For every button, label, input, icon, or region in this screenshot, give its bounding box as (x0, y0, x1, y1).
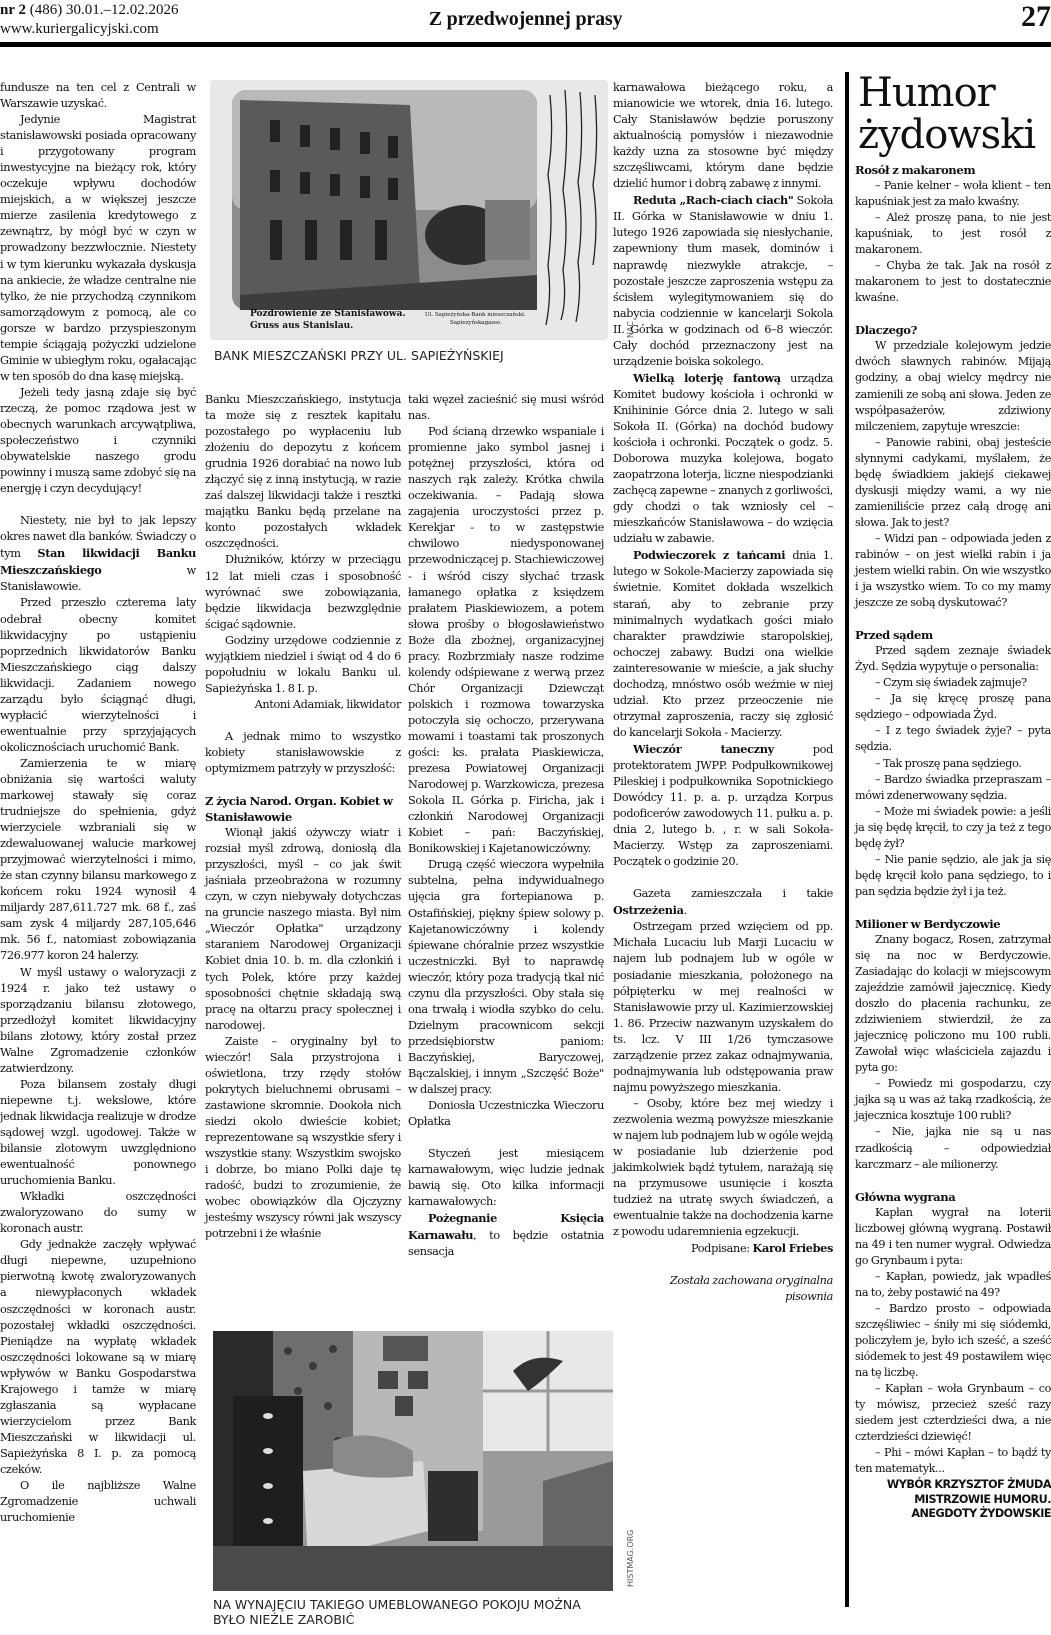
bold-phrase: Reduta „Rach-ciach ciach" (633, 193, 793, 207)
header-rule (0, 42, 1051, 47)
svg-text:Ul. Sapieżyńska-Bank mieszczań: Ul. Sapieżyńska-Bank mieszczański. (425, 311, 526, 318)
joke-line: – Tak proszę pana sędziego. (855, 756, 1051, 772)
furnished-room-photo (213, 1331, 613, 1591)
paragraph: Gdy jednakże zaczęły wpływać długi niepe… (0, 1237, 196, 1478)
joke-line: – Kapłan, powiedz, jak wpadłeś na to, że… (855, 1269, 1051, 1301)
postcard-image-icon: Pozdrowienie ze Stanisławowa. Gruss aus … (210, 80, 608, 340)
joke-line: – Phi – mówi Kapłan – to bądź ty ten mat… (855, 1445, 1051, 1477)
paragraph: Poza bilansem zostały długi niepewne t.j… (0, 1077, 196, 1189)
room-image-icon (213, 1331, 613, 1591)
paragraph: karnawałowa bieżącego roku, a mianowicie… (613, 80, 833, 192)
joke-line: – I z tego świadek żyje? – pyta sędzia. (855, 723, 1051, 755)
paragraph: Styczeń jest miesiącem karnawałowym, wię… (408, 1146, 604, 1210)
paragraph: Doniosła Uczestniczka Wieczoru Opłatka (408, 1098, 604, 1130)
joke-title: Dlaczego? (855, 322, 1051, 338)
photo-credit: HISTMAG.ORG (626, 1530, 635, 1587)
column-4-article: karnawałowa bieżącego roku, a mianowicie… (613, 80, 833, 1305)
joke-line: Kapłan wygrał na loterii liczbowej główn… (855, 1205, 1051, 1269)
paragraph: Banku Mieszczańskiego, instytucja ta moż… (205, 392, 401, 552)
joke-line: Przed sądem zeznaje świadek Żyd. Sędzia … (855, 643, 1051, 675)
bank-postcard-photo: Pozdrowienie ze Stanisławowa. Gruss aus … (210, 80, 608, 340)
column-3-article: taki węzeł zacieśnić się musi wśród nas.… (408, 392, 604, 1260)
humor-source-credit: WYBÓR KRZYSZTOF ŻMUDA MISTRZOWIE HUMORU.… (855, 1478, 1051, 1522)
joke-title: Milioner w Berdyczowie (855, 916, 1051, 932)
joke-line: – Ależ proszę pana, to nie jest kapuśnia… (855, 210, 1051, 258)
paragraph: Reduta „Rach-ciach ciach" Sokoła II. Gór… (613, 192, 833, 370)
paragraph: Niestety, nie był to jak lepszy okres na… (0, 513, 196, 595)
bold-phrase: Wielką loterję fantową (633, 371, 781, 385)
joke-line: – Bardzo prosto – odpowiada szczęśliwiec… (855, 1301, 1051, 1381)
paragraph: Gazeta zamieszczała i takie Ostrzeżenia. (613, 886, 833, 919)
humor-jokes: Rosół z makaronem – Panie kelner – woła … (855, 162, 1051, 1522)
joke-line: – Ja się kręcę proszę pana sędziego – od… (855, 691, 1051, 723)
paragraph: taki węzeł zacieśnić się musi wśród nas. (408, 392, 604, 424)
joke-title: Przed sądem (855, 627, 1051, 643)
photo-caption: NA WYNAJĘCIU TAKIEGO UMEBLOWANEGO POKOJU… (213, 1597, 613, 1627)
paragraph: Godziny urzędowe codziennie z wyjątkiem … (205, 633, 401, 697)
paragraph: Jeżeli tedy jasną zdaje się być rzeczą, … (0, 385, 196, 497)
joke-line: – Czym się świadek zajmuje? (855, 675, 1051, 691)
bold-phrase: Ostrzeżenia (613, 903, 684, 917)
bold-phrase: Wieczór taneczny (633, 742, 774, 756)
spelling-note: Została zachowana oryginalna pisownia (613, 1273, 833, 1305)
section-title: Z przedwojennej prasy (0, 8, 1051, 31)
paragraph: Wieczór taneczny pod protektoratem JWPP.… (613, 741, 833, 870)
paragraph: W myśl ustawy o waloryzacji z 1924 r. ja… (0, 965, 196, 1077)
paragraph: Dłużników, którzy w przeciągu 12 lat mie… (205, 552, 401, 632)
paragraph: Przed przeszło czterema laty odebrał obe… (0, 595, 196, 755)
column-divider (845, 72, 849, 1607)
page-header: nr 2 (486) 30.01.–12.02.2026 www.kurierg… (0, 0, 1051, 50)
paragraph: Pożegnanie Księcia Karnawału, to będzie … (408, 1210, 604, 1260)
svg-text:Gruss aus Stanislau.: Gruss aus Stanislau. (250, 321, 353, 331)
joke-line: – Bardzo świadka przepraszam – mówi zden… (855, 772, 1051, 804)
joke-line: – Nie panie sędzio, ale jak ja się będę … (855, 852, 1051, 900)
joke-line: – Widzi pan – odpowiada jeden z rabinów … (855, 531, 1051, 611)
signature-likwidator: Antoni Adamiak, likwidator (205, 697, 401, 713)
paragraph: Wielką loterję fantową urządza Komitet b… (613, 370, 833, 548)
joke-title: Rosół z makaronem (855, 162, 1051, 178)
svg-text:Sapiezyńskagasse.: Sapiezyńskagasse. (450, 319, 502, 326)
paragraph: fundusze na ten cel z Centrali w Warszaw… (0, 80, 196, 112)
paragraph: Jedynie Magistrat stanisławowski posiada… (0, 112, 196, 385)
joke-line: – Chyba że tak. Jak na rosół z makaronem… (855, 258, 1051, 306)
joke-line: – Powiedz mi gospodarzu, czy jajka są u … (855, 1076, 1051, 1124)
humor-section-title: Humor żydowski (858, 72, 1035, 156)
paragraph: Pod ścianą drzewko wspaniale i promienne… (408, 424, 604, 857)
column-2-article: Banku Mieszczańskiego, instytucja ta moż… (205, 392, 401, 1242)
joke-line: – Panowie rabini, obaj jesteście słynnym… (855, 435, 1051, 531)
joke-line: – Kapłan – woła Grynbaum – co ty mówisz,… (855, 1381, 1051, 1445)
column-1-article: fundusze na ten cel z Centrali w Warszaw… (0, 80, 196, 1526)
paragraph: Zamierzenia te w miarę obniżania się war… (0, 756, 196, 965)
signature-friebes: Podpisane: Karol Friebes (613, 1240, 833, 1257)
paragraph: Wkładki oszczędności zwaloryzowano do su… (0, 1189, 196, 1237)
paragraph: Wionął jakiś ożywczy wiatr i rozsiał myś… (205, 825, 401, 1034)
subheading: Z życia Narod. Organ. Kobiet w Stanisław… (205, 793, 401, 825)
bold-phrase: Podwieczorek z tańcami (633, 548, 785, 562)
paragraph: A jednak mimo to wszystko kobiety stanis… (205, 729, 401, 777)
paragraph: O ile najbliższe Walne Zgromadzenie uchw… (0, 1478, 196, 1526)
joke-title: Główna wygrana (855, 1189, 1051, 1205)
paragraph: Ostrzegam przed wzięciem od pp. Michała … (613, 919, 833, 1096)
svg-text:Pozdrowienie ze Stanisławowa.: Pozdrowienie ze Stanisławowa. (250, 309, 406, 319)
page-number: 27 (1021, 0, 1051, 34)
joke-line: W przedziale kolejowym jedzie dwóch sław… (855, 338, 1051, 434)
joke-line: – Może mi świadek powie: a jeśli ja się … (855, 804, 1051, 852)
paragraph: Zaiste – oryginalny był to wieczór! Sala… (205, 1034, 401, 1243)
paragraph: Drugą część wieczora wypełniła subtelna,… (408, 857, 604, 1098)
paragraph: – Osoby, które bez mej wiedzy i zezwolen… (613, 1096, 833, 1240)
paragraph: Podwieczorek z tańcami dnia 1. lutego w … (613, 547, 833, 741)
joke-line: – Nie, jajka nie są u nas rzadkością – o… (855, 1124, 1051, 1172)
joke-line: Znany bogacz, Rosen, zatrzymał się na no… (855, 932, 1051, 1076)
joke-line: – Panie kelner – woła klient – ten kapuś… (855, 178, 1051, 210)
photo-caption: BANK MIESZCZAŃSKI PRZY UL. SAPIEŻYŃSKIEJ (214, 348, 604, 363)
